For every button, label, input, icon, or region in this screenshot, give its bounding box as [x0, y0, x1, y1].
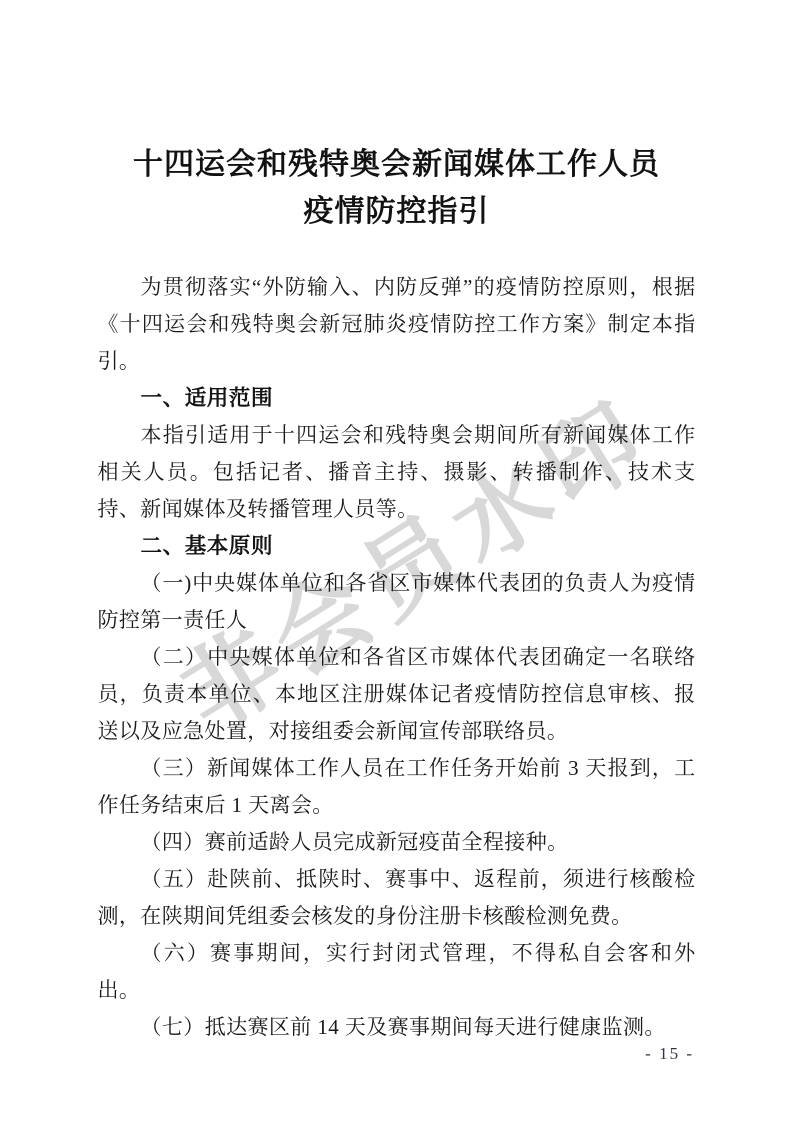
principle-item-1: （一)中央媒体单位和各省区市媒体代表团的负责人为疫情防控第一责任人: [98, 565, 696, 639]
section-heading-principles: 二、基本原则: [98, 528, 696, 565]
principle-item-3: （三）新闻媒体工作人员在工作任务开始前 3 天报到，工作任务结束后 1 天离会。: [98, 750, 696, 824]
principle-item-5: （五）赴陕前、抵陕时、赛事中、返程前，须进行核酸检测，在陕期间凭组委会核发的身份…: [98, 861, 696, 935]
principle-item-4: （四）赛前适龄人员完成新冠疫苗全程接种。: [98, 824, 696, 861]
document-title-line-1: 十四运会和残特奥会新闻媒体工作人员: [133, 148, 660, 181]
principle-item-6: （六）赛事期间，实行封闭式管理，不得私自会客和外出。: [98, 935, 696, 1009]
page-number: - 15 -: [645, 1044, 694, 1064]
document-page: 非会员水印 十四运会和残特奥会新闻媒体工作人员 疫情防控指引 为贯彻落实“外防输…: [0, 0, 793, 1122]
intro-paragraph: 为贯彻落实“外防输入、内防反弹”的疫情防控原则，根据《十四运会和残特奥会新冠肺炎…: [98, 269, 696, 380]
principle-item-2: （二）中央媒体单位和各省区市媒体代表团确定一名联络员，负责本单位、本地区注册媒体…: [98, 639, 696, 750]
scope-paragraph: 本指引适用于十四运会和残特奥会期间所有新闻媒体工作相关人员。包括记者、播音主持、…: [98, 417, 696, 528]
principle-item-7: （七）抵达赛区前 14 天及赛事期间每天进行健康监测。: [98, 1009, 696, 1046]
document-title: 十四运会和残特奥会新闻媒体工作人员 疫情防控指引: [96, 141, 697, 235]
document-body: 为贯彻落实“外防输入、内防反弹”的疫情防控原则，根据《十四运会和残特奥会新冠肺炎…: [98, 269, 696, 1046]
section-heading-scope: 一、适用范围: [98, 380, 696, 417]
document-title-line-2: 疫情防控指引: [304, 195, 490, 228]
